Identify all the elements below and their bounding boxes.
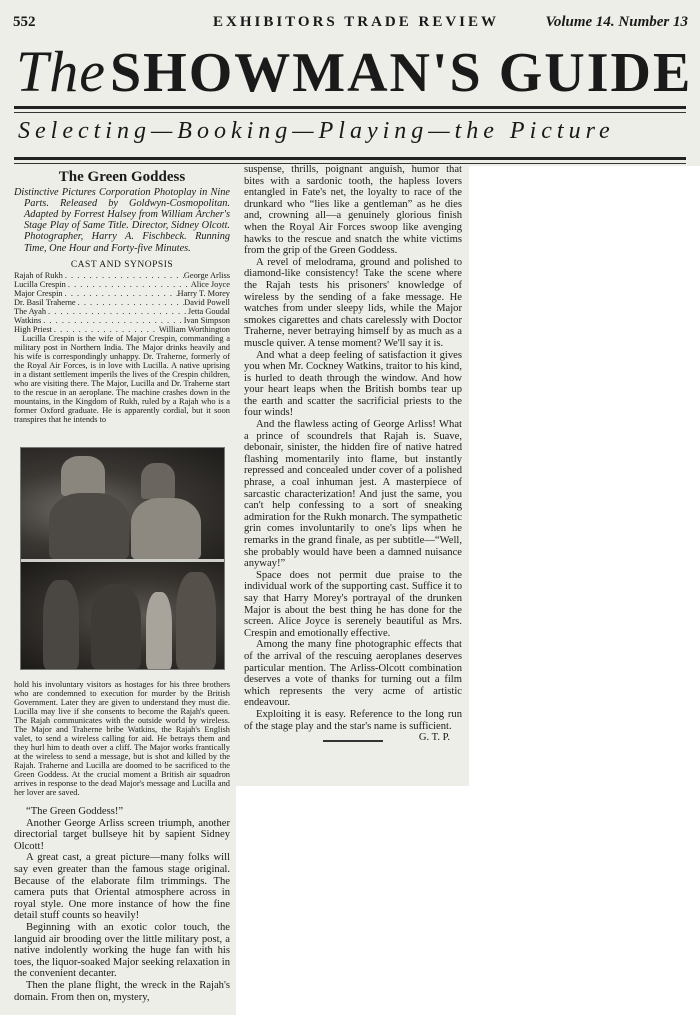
leader-dots xyxy=(66,280,191,289)
publication-name: EXHIBITORS TRADE REVIEW xyxy=(213,14,499,31)
page-number: 552 xyxy=(13,14,36,31)
leader-dots xyxy=(76,298,185,307)
review-paragraph: Among the many fine photographic effects… xyxy=(244,639,462,709)
cast-actor: William Worthington xyxy=(159,325,230,334)
cast-actor: Ivan Simpson xyxy=(184,316,230,325)
cast-row: High PriestWilliam Worthington xyxy=(14,325,230,334)
cast-row: WatkinsIvan Simpson xyxy=(14,316,230,325)
review-paragraph: And the flawless acting of George Arliss… xyxy=(244,419,462,570)
film-still-photo xyxy=(20,447,225,670)
article-column-1-top: The Green Goddess Distinctive Pictures C… xyxy=(14,172,230,424)
review-paragraph: suspense, thrills, poignant anguish, hum… xyxy=(244,164,462,257)
review-paragraph: Another George Arliss screen triumph, an… xyxy=(14,818,230,853)
volume-number: Volume 14. Number 13 xyxy=(545,14,688,31)
leader-dots xyxy=(63,271,184,280)
synopsis-part-2: hold his involuntary visitors as hostage… xyxy=(14,680,230,797)
review-paragraph: Beginning with an exotic color touch, th… xyxy=(14,922,230,980)
cast-list: Rajah of RukhGeorge Arliss Lucilla Cresp… xyxy=(14,271,230,334)
review-paragraph: Space does not permit due praise to the … xyxy=(244,570,462,640)
cast-role: Watkins xyxy=(14,316,41,325)
review-paragraph: Then the plane flight, the wreck in the … xyxy=(14,980,230,1003)
synopsis-part-1: Lucilla Crespin is the wife of Major Cre… xyxy=(14,334,230,424)
film-still-top xyxy=(21,448,224,560)
rajah-figure xyxy=(49,493,129,560)
article-title: The Green Goddess xyxy=(14,172,230,183)
group-figure xyxy=(146,592,172,669)
section-title: The SHOWMAN'S GUIDE xyxy=(16,38,696,108)
cast-row: Major CrespinHarry T. Morey xyxy=(14,289,230,298)
review-paragraph: And what a deep feeling of satisfaction … xyxy=(244,350,462,420)
cast-actor: Alice Joyce xyxy=(191,280,230,289)
section-subtitle: Selecting—Booking—Playing—the Picture xyxy=(18,118,615,145)
group-figure xyxy=(91,584,141,669)
turban-figure-head xyxy=(61,456,105,496)
author-signature: G. T. P. xyxy=(407,732,462,744)
article-column-1-mid: hold his involuntary visitors as hostage… xyxy=(14,680,230,797)
review-paragraph: A revel of melodrama, ground and polishe… xyxy=(244,257,462,350)
cast-row: Lucilla CrespinAlice Joyce xyxy=(14,280,230,289)
group-figure xyxy=(43,580,79,669)
divider-rule xyxy=(14,112,686,113)
cast-actor: George Arliss xyxy=(184,271,230,280)
leader-dots xyxy=(52,325,159,334)
cast-row: The AyahJetta Goudal xyxy=(14,307,230,316)
cast-role: The Ayah xyxy=(14,307,46,316)
cast-actor: David Powell xyxy=(184,298,230,307)
cast-row: Rajah of RukhGeorge Arliss xyxy=(14,271,230,280)
review-paragraph: “The Green Goddess!” xyxy=(14,806,230,818)
woman-figure xyxy=(131,498,201,560)
article-credits: Distinctive Pictures Corporation Photopl… xyxy=(14,187,230,254)
cast-role: High Priest xyxy=(14,325,52,334)
cast-actor: Harry T. Morey xyxy=(178,289,230,298)
article-column-1-review: “The Green Goddess!” Another George Arli… xyxy=(14,806,230,1003)
woman-figure-head xyxy=(141,463,175,499)
running-head: 552 EXHIBITORS TRADE REVIEW Volume 14. N… xyxy=(13,14,688,34)
leader-dots xyxy=(41,316,183,325)
review-paragraph: A great cast, a great picture—many folks… xyxy=(14,852,230,922)
end-rule xyxy=(323,740,383,742)
article-column-2: suspense, thrills, poignant anguish, hum… xyxy=(244,164,462,744)
leader-dots xyxy=(46,307,188,316)
cast-role: Dr. Basil Traherne xyxy=(14,298,76,307)
leader-dots xyxy=(63,289,178,298)
group-figure xyxy=(176,572,216,669)
closing-paragraph: Exploiting it is easy. Reference to the … xyxy=(244,709,462,732)
divider-rule xyxy=(14,106,686,109)
section-title-the: The xyxy=(16,39,106,104)
section-title-main: SHOWMAN'S GUIDE xyxy=(110,42,692,104)
cast-heading: CAST AND SYNOPSIS xyxy=(14,260,230,271)
cast-actor: Jetta Goudal xyxy=(188,307,230,316)
cast-row: Dr. Basil TraherneDavid Powell xyxy=(14,298,230,307)
cast-role: Rajah of Rukh xyxy=(14,271,63,280)
closing-text: Exploiting it is easy. Reference to the … xyxy=(244,709,462,732)
cast-role: Lucilla Crespin xyxy=(14,280,66,289)
cast-role: Major Crespin xyxy=(14,289,63,298)
film-still-bottom xyxy=(21,562,224,669)
divider-rule xyxy=(14,157,686,160)
